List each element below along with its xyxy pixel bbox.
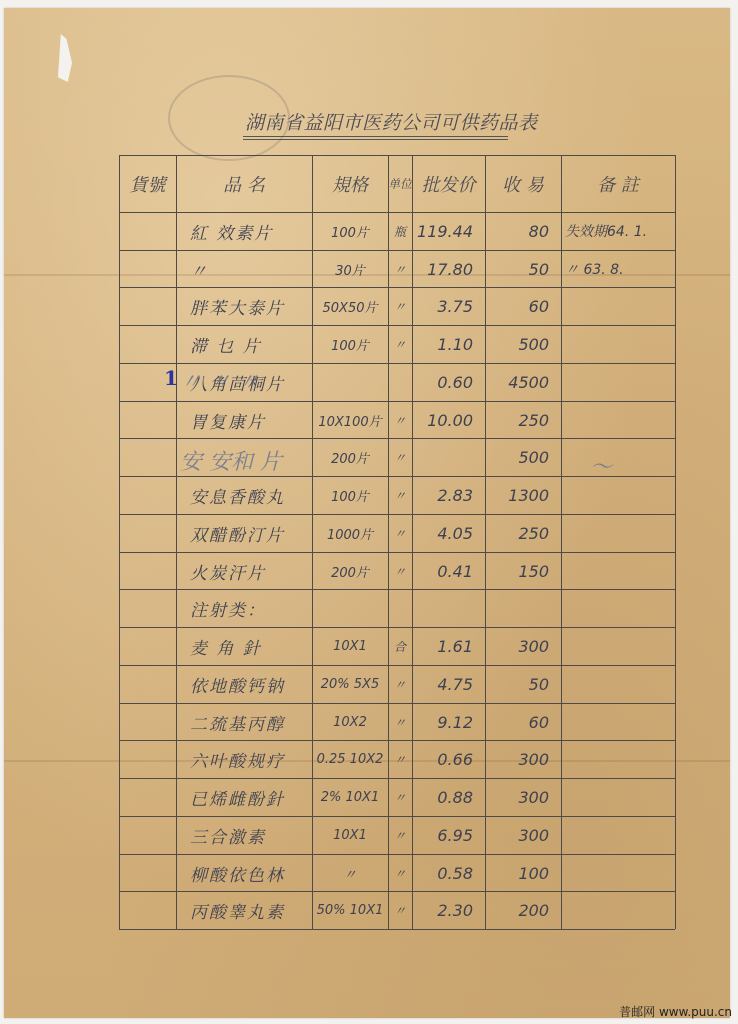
cell-name: 火炭汗片: [176, 552, 326, 590]
header-price: 批发价: [412, 155, 485, 212]
header-name: 品 名: [176, 155, 312, 212]
cell-price: 9.12: [412, 703, 485, 741]
cell-unit: 〃: [388, 250, 412, 288]
cell-price: 3.75: [412, 287, 485, 325]
cell-name: 三合激素: [176, 816, 326, 854]
cell-spec: 50X50片: [312, 287, 388, 325]
cell-unit: 〃: [388, 325, 412, 363]
cell-unit: 〃: [388, 665, 412, 703]
cell-no: [119, 627, 176, 665]
cell-no: [119, 816, 176, 854]
cell-price: 0.60: [412, 363, 485, 401]
cell-price: 10.00: [412, 401, 485, 439]
cell-unit: 〃: [388, 891, 412, 929]
watermark: 普邮网 www.puu.cn: [619, 1003, 732, 1020]
cell-no: [119, 740, 176, 778]
cell-spec: 30片: [312, 250, 388, 288]
cell-remarks: [561, 740, 679, 778]
cell-qty: 50: [485, 250, 561, 288]
cell-qty: 1300: [485, 476, 561, 514]
cell-name: 双醋酚汀片: [176, 514, 326, 552]
header-remarks: 备 註: [561, 155, 675, 212]
cell-spec: [312, 589, 388, 627]
cell-qty: 50: [485, 665, 561, 703]
title-underline: [243, 139, 508, 140]
cell-no: [119, 552, 176, 590]
cell-name: 已烯雌酚針: [176, 778, 326, 816]
cell-unit: 〃: [388, 438, 412, 476]
cell-qty: 300: [485, 816, 561, 854]
cell-unit: 〃: [388, 740, 412, 778]
cell-name: 注射类：: [176, 589, 326, 627]
cell-name: 六叶酸规疗: [176, 740, 326, 778]
cell-qty: 250: [485, 401, 561, 439]
cell-remarks: [561, 778, 679, 816]
cell-remarks: [561, 891, 679, 929]
cell-price: 17.80: [412, 250, 485, 288]
cell-remarks: [561, 325, 679, 363]
cell-price: 119.44: [412, 212, 485, 250]
cell-name: 胖苯大泰片: [176, 287, 326, 325]
cell-no: [119, 212, 176, 250]
cell-price: 0.66: [412, 740, 485, 778]
cell-no: [119, 703, 176, 741]
header-qty: 收 易: [485, 155, 561, 212]
cell-name: 紅 效素片: [176, 212, 326, 250]
cell-unit: 〃: [388, 514, 412, 552]
row5-strike-scribble: 〃 〃 〃: [180, 365, 260, 396]
cell-qty: 500: [485, 325, 561, 363]
cell-remarks: [561, 703, 679, 741]
cell-remarks: 失效期64. 1.: [561, 212, 679, 250]
cell-name: 〃: [176, 250, 326, 288]
cell-spec: 20% 5X5: [312, 665, 388, 703]
paper-tear: [58, 34, 72, 82]
cell-qty: [485, 589, 561, 627]
cell-name: 胃复康片: [176, 401, 326, 439]
cell-remarks: [561, 627, 679, 665]
row7-strike-scribble: 安 安和 片: [180, 445, 282, 476]
cell-name: 丙酸睾丸素: [176, 891, 326, 929]
cell-remarks: [561, 816, 679, 854]
cell-remarks: [561, 589, 679, 627]
cell-no: [119, 778, 176, 816]
cell-spec: 1000片: [312, 514, 388, 552]
drug-price-table: 貨號品 名規格单位批发价收 易备 註紅 效素片100片瓶119.4480失效期6…: [119, 155, 675, 929]
cell-remarks: 〃 63. 8.: [561, 250, 679, 288]
cell-name: 依地酸钙钠: [176, 665, 326, 703]
cell-qty: 100: [485, 854, 561, 892]
cell-price: [412, 589, 485, 627]
cell-unit: 〃: [388, 287, 412, 325]
cell-remarks: [561, 476, 679, 514]
cell-remarks: [561, 665, 679, 703]
cell-no: [119, 401, 176, 439]
cell-price: 0.41: [412, 552, 485, 590]
cell-spec: 100片: [312, 325, 388, 363]
header-unit: 单位: [388, 155, 412, 212]
cell-spec: [312, 363, 388, 401]
table-row-line: [119, 929, 675, 930]
cell-unit: 〃: [388, 854, 412, 892]
cell-qty: 300: [485, 740, 561, 778]
cell-spec: 10X1: [312, 627, 388, 665]
header-item-no: 貨號: [119, 155, 176, 212]
cell-spec: 0.25 10X2: [312, 740, 388, 778]
cell-spec: 〃: [312, 854, 388, 892]
cell-name: 安息香酸丸: [176, 476, 326, 514]
cell-unit: 〃: [388, 401, 412, 439]
cell-no: [119, 514, 176, 552]
cell-name: 柳酸依色林: [176, 854, 326, 892]
cell-remarks: [561, 363, 679, 401]
cell-spec: 2% 10X1: [312, 778, 388, 816]
cell-price: 1.10: [412, 325, 485, 363]
cell-no: [119, 891, 176, 929]
cell-spec: 100片: [312, 212, 388, 250]
cell-spec: 200片: [312, 552, 388, 590]
cell-remarks: [561, 287, 679, 325]
cell-name: 滞 乜 片: [176, 325, 326, 363]
cell-qty: 150: [485, 552, 561, 590]
cell-spec: 200片: [312, 438, 388, 476]
cell-name: 二巯基丙醇: [176, 703, 326, 741]
cell-spec: 50% 10X1: [312, 891, 388, 929]
cell-spec: 10X100片: [312, 401, 388, 439]
cell-unit: [388, 363, 412, 401]
cell-remarks: [561, 438, 679, 476]
cell-price: 2.30: [412, 891, 485, 929]
cell-unit: 〃: [388, 778, 412, 816]
cell-no: [119, 854, 176, 892]
row7-remark-scribble: 〜: [590, 450, 612, 481]
cell-qty: 60: [485, 287, 561, 325]
cell-qty: 200: [485, 891, 561, 929]
title-underline: [243, 136, 508, 137]
cell-qty: 80: [485, 212, 561, 250]
cell-unit: 〃: [388, 703, 412, 741]
cell-price: 1.61: [412, 627, 485, 665]
cell-spec: 10X1: [312, 816, 388, 854]
cell-no: [119, 589, 176, 627]
cell-unit: 〃: [388, 552, 412, 590]
cell-qty: 250: [485, 514, 561, 552]
cell-qty: 300: [485, 778, 561, 816]
cell-no: [119, 250, 176, 288]
cell-unit: 〃: [388, 476, 412, 514]
cell-no: [119, 665, 176, 703]
cell-no: [119, 476, 176, 514]
cell-qty: 4500: [485, 363, 561, 401]
cell-unit: 〃: [388, 816, 412, 854]
cell-price: 6.95: [412, 816, 485, 854]
cell-spec: 100片: [312, 476, 388, 514]
cell-unit: [388, 589, 412, 627]
cell-remarks: [561, 854, 679, 892]
cell-unit: 合: [388, 627, 412, 665]
cell-qty: 300: [485, 627, 561, 665]
cell-price: [412, 438, 485, 476]
cell-price: 4.05: [412, 514, 485, 552]
cell-remarks: [561, 401, 679, 439]
document-title: 湖南省益阳市医药公司可供药品表: [245, 108, 510, 135]
cell-qty: 60: [485, 703, 561, 741]
cell-qty: 500: [485, 438, 561, 476]
cell-price: 4.75: [412, 665, 485, 703]
cell-price: 0.88: [412, 778, 485, 816]
header-spec: 規格: [312, 155, 388, 212]
cell-price: 2.83: [412, 476, 485, 514]
cell-no: [119, 438, 176, 476]
cell-unit: 瓶: [388, 212, 412, 250]
cell-no: [119, 287, 176, 325]
cell-remarks: [561, 514, 679, 552]
cell-price: 0.58: [412, 854, 485, 892]
cell-spec: 10X2: [312, 703, 388, 741]
cell-no: [119, 363, 176, 401]
cell-no: [119, 325, 176, 363]
cell-remarks: [561, 552, 679, 590]
cell-name: 麦 角 針: [176, 627, 326, 665]
